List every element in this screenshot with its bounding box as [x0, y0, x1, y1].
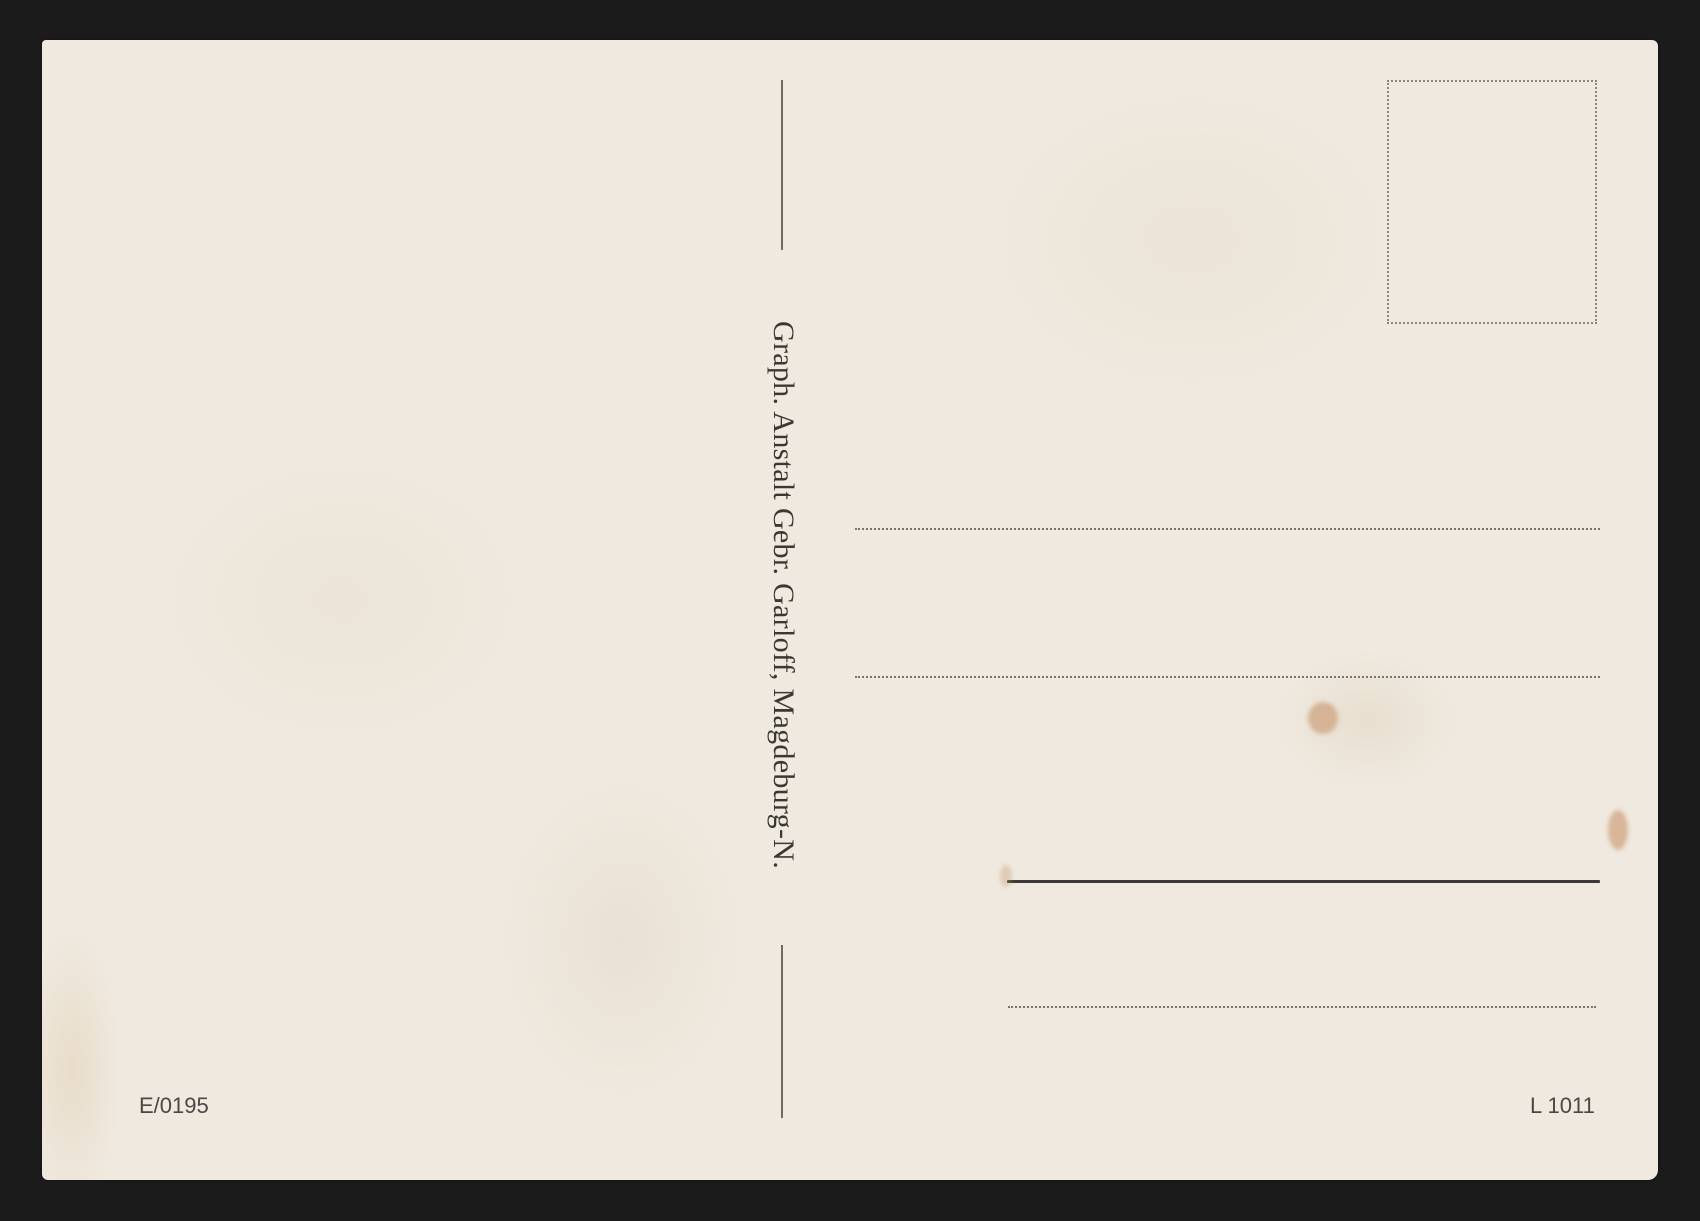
- address-line-2: [855, 676, 1600, 678]
- postcard-back: Graph. Anstalt Gebr. Garloff, Magdeburg-…: [42, 40, 1658, 1180]
- foxing-stain: [1000, 865, 1012, 887]
- center-divider-top: [781, 80, 783, 250]
- address-line-4: [1008, 1006, 1596, 1008]
- address-line-1: [855, 528, 1600, 530]
- publisher-imprint: Graph. Anstalt Gebr. Garloff, Magdeburg-…: [766, 321, 800, 869]
- right-catalog-code: L 1011: [1530, 1093, 1595, 1119]
- foxing-stain: [1308, 702, 1338, 734]
- address-line-3-solid: [1007, 880, 1600, 883]
- center-divider-bottom: [781, 945, 783, 1118]
- foxing-stain: [1608, 810, 1628, 850]
- stamp-placement-box: [1387, 80, 1597, 324]
- left-catalog-code: E/0195: [139, 1093, 209, 1119]
